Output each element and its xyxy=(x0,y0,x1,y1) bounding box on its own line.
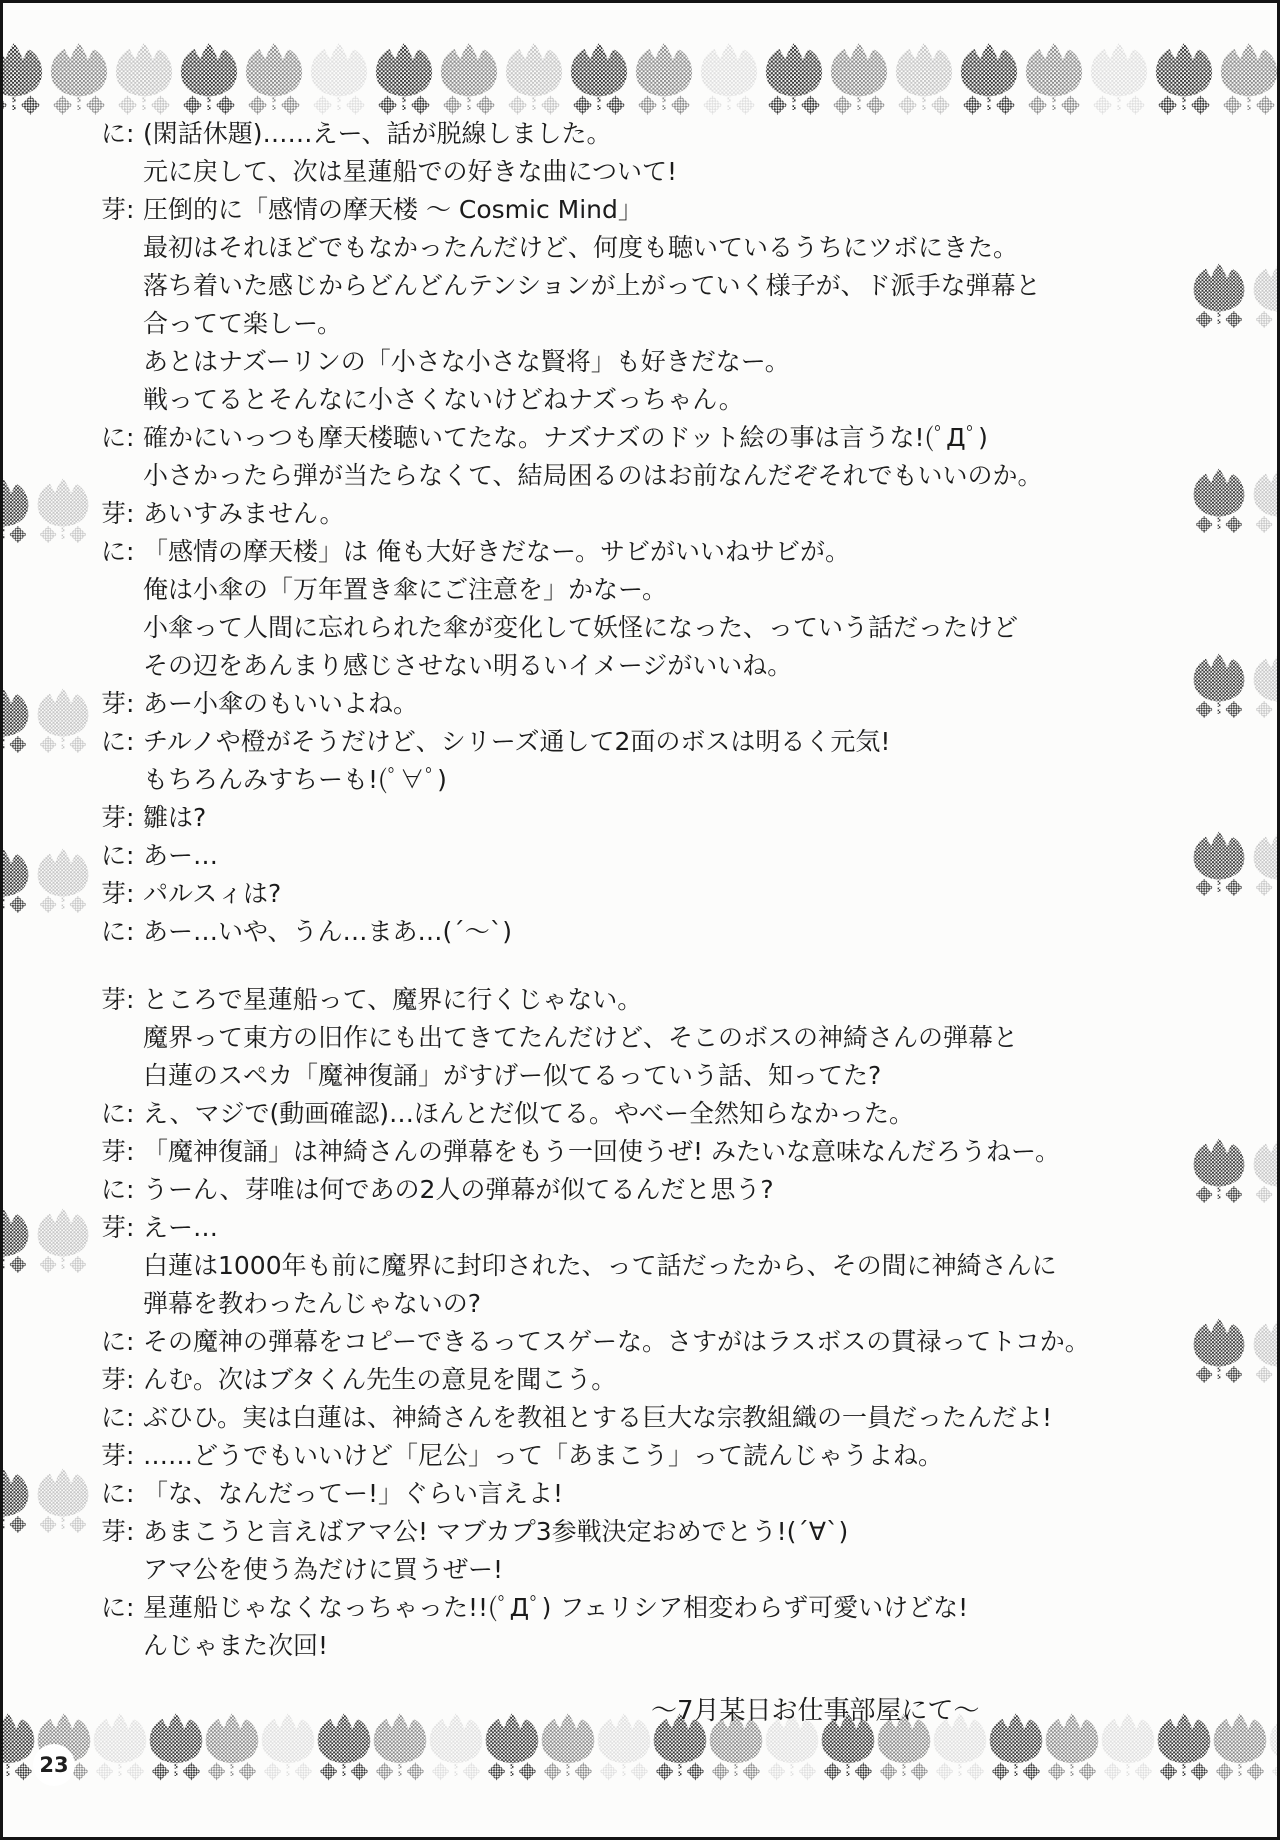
dialogue-text: その魔神の弾幕をコピーできるってスゲーな。さすがはラスボスの貫禄ってトコか。 xyxy=(143,1323,1090,1361)
dialogue-line: 芽:あー小傘のもいいよね。 xyxy=(101,685,1211,723)
tulip-icon xyxy=(206,1713,259,1780)
tulip-icon xyxy=(1270,1713,1280,1780)
tulip-icon xyxy=(896,43,952,115)
speaker-label: に: xyxy=(101,419,143,457)
tulip-edge-decoration xyxy=(0,683,99,763)
dialogue-line: 魔界って東方の旧作にも出てきてたんだけど、そこのボスの神綺さんの弾幕と xyxy=(101,1019,1211,1057)
speaker-label: に: xyxy=(101,723,143,761)
tulip-icon xyxy=(51,43,107,115)
dialogue-line: その辺をあんまり感じさせない明るいイメージがいいね。 xyxy=(101,647,1211,685)
dialogue-line: 俺は小傘の「万年置き傘にご注意を」かなー。 xyxy=(101,571,1211,609)
dialogue-line: に:あー… xyxy=(101,837,1211,875)
tulip-edge-decoration xyxy=(0,1463,99,1543)
tulip-icon xyxy=(1254,654,1280,719)
tulip-icon xyxy=(38,849,89,914)
tulip-icon xyxy=(246,43,302,115)
tulip-pair-svg xyxy=(0,473,99,553)
dialogue-line: んじゃまた次回! xyxy=(101,1627,1211,1665)
speaker-label: 芽: xyxy=(101,981,143,1019)
dialogue-line: 最初はそれほどでもなかったんだけど、何度も聴いているうちにツボにきた。 xyxy=(101,229,1211,267)
speaker-label xyxy=(101,305,143,343)
speaker-label: に: xyxy=(101,533,143,571)
tulip-icon xyxy=(94,1713,147,1780)
dialogue-text: 小傘って人間に忘れられた傘が変化して妖怪になった、っていう話だったけど xyxy=(143,609,1018,647)
speaker-label: 芽: xyxy=(101,685,143,723)
dialogue-text: んじゃまた次回! xyxy=(143,1627,328,1665)
speaker-label xyxy=(101,457,143,495)
dialogue-text: 雛は? xyxy=(143,799,206,837)
tulip-icon xyxy=(598,1713,651,1780)
tulip-icon xyxy=(1254,1139,1280,1204)
dialogue-line: 芽:……どうでもいいけど「尼公」って「あまこう」って読んじゃうよね。 xyxy=(101,1437,1211,1475)
speaker-label: 芽: xyxy=(101,1437,143,1475)
speaker-label: に: xyxy=(101,1589,143,1627)
dialogue-line: もちろんみすちーも!(ﾟ∀ﾟ) xyxy=(101,761,1211,799)
dialogue-text: (閑話休題)……えー、話が脱線しました。 xyxy=(143,115,612,153)
dialogue-text: 「感情の摩天楼」は 俺も大好きだなー。サビがいいねサビが。 xyxy=(143,533,850,571)
speaker-label xyxy=(101,381,143,419)
speaker-label: に: xyxy=(101,837,143,875)
speaker-label: 芽: xyxy=(101,1513,143,1551)
tulip-icon xyxy=(1156,43,1212,115)
dialogue-line: に:ぶひひ。実は白蓮は、神綺さんを教祖とする巨大な宗教組織の一員だったんだよ! xyxy=(101,1399,1211,1437)
dialogue-line: 戦ってるとそんなに小さくないけどねナズっちゃん。 xyxy=(101,381,1211,419)
speaker-label: 芽: xyxy=(101,495,143,533)
dialogue-text: その辺をあんまり感じさせない明るいイメージがいいね。 xyxy=(143,647,792,685)
dialogue-line: 合ってて楽しー。 xyxy=(101,305,1211,343)
tulip-icon xyxy=(311,43,367,115)
dialogue-line: に:(閑話休題)……えー、話が脱線しました。 xyxy=(101,115,1211,153)
speaker-label xyxy=(101,267,143,305)
tulip-icon xyxy=(486,1713,539,1780)
speaker-label: に: xyxy=(101,1475,143,1513)
tulip-icon xyxy=(181,43,237,115)
dialogue-line: に:星蓮船じゃなくなっちゃった!!(ﾟДﾟ) フェリシア相変わらず可愛いけどな! xyxy=(101,1589,1211,1627)
tulip-icon xyxy=(3,1713,34,1780)
tulip-icon xyxy=(990,1713,1043,1780)
tulip-icon xyxy=(262,1713,315,1780)
speaker-label xyxy=(101,609,143,647)
speaker-label: に: xyxy=(101,1095,143,1133)
speaker-label: 芽: xyxy=(101,191,143,229)
speaker-label xyxy=(101,1627,143,1665)
tulip-pair-svg xyxy=(0,683,99,763)
dialogue-text: あー…いや、うん…まあ…(´～`) xyxy=(143,913,512,951)
dialogue-line: 小さかったら弾が当たらなくて、結局困るのはお前なんだぞそれでもいいのか。 xyxy=(101,457,1211,495)
speaker-label: に: xyxy=(101,115,143,153)
dialogue-line: 芽:圧倒的に「感情の摩天楼 ～ Cosmic Mind」 xyxy=(101,191,1211,229)
dialogue-line: に:「な、なんだってー!」ぐらい言えよ! xyxy=(101,1475,1211,1513)
tulip-icon xyxy=(636,43,692,115)
dialogue-text: え、マジで(動画確認)…ほんとだ似てる。やべー全然知らなかった。 xyxy=(143,1095,914,1133)
dialogue-text: 「な、なんだってー!」ぐらい言えよ! xyxy=(143,1475,563,1513)
dialogue-text: 弾幕を教わったんじゃないの? xyxy=(143,1285,481,1323)
tulip-icon xyxy=(1091,43,1147,115)
tulip-icon xyxy=(374,1713,427,1780)
dialogue-text: 白蓮のスペカ「魔神復誦」がすげー似てるっていう話、知ってた? xyxy=(143,1057,881,1095)
tulip-icon xyxy=(1254,832,1280,897)
speaker-label xyxy=(101,1285,143,1323)
speaker-label xyxy=(101,343,143,381)
speaker-label: に: xyxy=(101,1323,143,1361)
speaker-label: に: xyxy=(101,1171,143,1209)
dialogue-line: に:その魔神の弾幕をコピーできるってスゲーな。さすがはラスボスの貫禄ってトコか。 xyxy=(101,1323,1211,1361)
tulip-icon xyxy=(1214,1713,1267,1780)
dialogue-text: ぶひひ。実は白蓮は、神綺さんを教祖とする巨大な宗教組織の一員だったんだよ! xyxy=(143,1399,1052,1437)
dialogue-line: 芽:んむ。次はブタくん先生の意見を聞こう。 xyxy=(101,1361,1211,1399)
dialogue-text: あまこうと言えばアマ公! マブカプ3参戦決定おめでとう!(´∀`) xyxy=(143,1513,848,1551)
dialogue-line: 元に戻して、次は星蓮船での好きな曲について! xyxy=(101,153,1211,191)
tulip-icon xyxy=(1221,43,1277,115)
dialogue-text: パルスィは? xyxy=(143,875,281,913)
dialogue-text: んむ。次はブタくん先生の意見を聞こう。 xyxy=(143,1361,616,1399)
tulip-icon xyxy=(0,689,28,754)
tulip-icon xyxy=(318,1713,371,1780)
dialogue-text: 最初はそれほどでもなかったんだけど、何度も聴いているうちにツボにきた。 xyxy=(143,229,1018,267)
speaker-label: 芽: xyxy=(101,1209,143,1247)
speaker-label: 芽: xyxy=(101,1361,143,1399)
dialogue-line: に:え、マジで(動画確認)…ほんとだ似てる。やべー全然知らなかった。 xyxy=(101,1095,1211,1133)
dialogue-text: あー… xyxy=(143,837,218,875)
dialogue-text: ……どうでもいいけど「尼公」って「あまこう」って読んじゃうよね。 xyxy=(143,1437,943,1475)
tulip-icon xyxy=(116,43,172,115)
dialogue-line: に:確かにいっつも摩天楼聴いてたな。ナズナズのドット絵の事は言うな!(ﾟДﾟ) xyxy=(101,419,1211,457)
tulip-icon xyxy=(1026,43,1082,115)
speaker-label: 芽: xyxy=(101,1133,143,1171)
speaker-label xyxy=(101,153,143,191)
tulip-icon xyxy=(701,43,757,115)
dialogue-text: 小さかったら弾が当たらなくて、結局困るのはお前なんだぞそれでもいいのか。 xyxy=(143,457,1043,495)
dialogue-text: 俺は小傘の「万年置き傘にご注意を」かなー。 xyxy=(143,571,667,609)
dialogue-text: あいすみません。 xyxy=(143,495,345,533)
speaker-label xyxy=(101,647,143,685)
dialogue-text: チルノや橙がそうだけど、シリーズ通して2面のボスは明るく元気! xyxy=(143,723,890,761)
dialogue-text: もちろんみすちーも!(ﾟ∀ﾟ) xyxy=(143,761,447,799)
dialogue: に:(閑話休題)……えー、話が脱線しました。元に戻して、次は星蓮船での好きな曲に… xyxy=(101,115,1211,1665)
tulip-icon xyxy=(441,43,497,115)
dialogue-text: ところで星蓮船って、魔界に行くじゃない。 xyxy=(143,981,642,1019)
dialogue-text: 圧倒的に「感情の摩天楼 ～ Cosmic Mind」 xyxy=(143,191,643,229)
page-number: 23 xyxy=(33,1744,75,1786)
dialogue-gap xyxy=(101,951,1211,981)
dialogue-line: 芽:パルスィは? xyxy=(101,875,1211,913)
tulip-pair-svg xyxy=(0,1463,99,1543)
tulip-icon xyxy=(1102,1713,1155,1780)
tulip-icon xyxy=(766,43,822,115)
speaker-label xyxy=(101,761,143,799)
tulip-icon xyxy=(1254,469,1280,534)
dialogue-line: 芽:ところで星蓮船って、魔界に行くじゃない。 xyxy=(101,981,1211,1019)
tulip-icon xyxy=(38,689,89,754)
speaker-label xyxy=(101,571,143,609)
tulip-icon xyxy=(506,43,562,115)
dialogue-text: 戦ってるとそんなに小さくないけどねナズっちゃん。 xyxy=(143,381,744,419)
speaker-label xyxy=(101,229,143,267)
dialogue-text: 元に戻して、次は星蓮船での好きな曲について! xyxy=(143,153,677,191)
tulip-icon xyxy=(1254,1319,1280,1384)
tulip-icon xyxy=(542,1713,595,1780)
speaker-label xyxy=(101,1551,143,1589)
dialogue-line: 芽:「魔神復誦」は神綺さんの弾幕をもう一回使うぜ! みたいな意味なんだろうねー。 xyxy=(101,1133,1211,1171)
tulip-icon xyxy=(0,1469,28,1534)
tulip-edge-decoration xyxy=(0,843,99,923)
dialogue-line: 白蓮は1000年も前に魔界に封印された、って話だったから、その間に神綺さんに xyxy=(101,1247,1211,1285)
dialogue-line: 落ち着いた感じからどんどんテンションが上がっていく様子が、ド派手な弾幕と xyxy=(101,267,1211,305)
tulip-row-svg xyxy=(3,1707,1280,1791)
speaker-label xyxy=(101,1019,143,1057)
tulip-icon xyxy=(150,1713,203,1780)
tulip-icon xyxy=(571,43,627,115)
tulip-icon xyxy=(38,1209,89,1274)
dialogue-text: 合ってて楽しー。 xyxy=(143,305,342,343)
dialogue-line: アマ公を使う為だけに買うぜー! xyxy=(101,1551,1211,1589)
tulip-pair-svg xyxy=(0,1203,99,1283)
speaker-label: に: xyxy=(101,1399,143,1437)
dialogue-line: 小傘って人間に忘れられた傘が変化して妖怪になった、っていう話だったけど xyxy=(101,609,1211,647)
dialogue-line: 芽:あまこうと言えばアマ公! マブカプ3参戦決定おめでとう!(´∀`) xyxy=(101,1513,1211,1551)
tulip-edge-decoration xyxy=(0,1203,99,1283)
dialogue-line: に:あー…いや、うん…まあ…(´～`) xyxy=(101,913,1211,951)
dialogue-line: に:うーん、芽唯は何であの2人の弾幕が似てるんだと思う? xyxy=(101,1171,1211,1209)
speaker-label xyxy=(101,1057,143,1095)
dialogue-text: あとはナズーリンの「小さな小さな賢将」も好きだなー。 xyxy=(143,343,790,381)
tulip-icon xyxy=(0,849,28,914)
dialogue-line: 芽:あいすみません。 xyxy=(101,495,1211,533)
tulip-icon xyxy=(38,1469,89,1534)
tulip-edge-decoration xyxy=(0,473,99,553)
speaker-label xyxy=(101,1247,143,1285)
tulip-border-bottom xyxy=(3,1707,1280,1817)
dialogue-text: 星蓮船じゃなくなっちゃった!!(ﾟДﾟ) フェリシア相変わらず可愛いけどな! xyxy=(143,1589,968,1627)
dialogue-line: 弾幕を教わったんじゃないの? xyxy=(101,1285,1211,1323)
dialogue-line: 芽:えー… xyxy=(101,1209,1211,1247)
speaker-label: 芽: xyxy=(101,799,143,837)
closing-note: ～7月某日お仕事部屋にて～ xyxy=(651,1695,980,1727)
tulip-icon xyxy=(376,43,432,115)
tulip-row-svg xyxy=(3,37,1280,125)
tulip-icon xyxy=(0,479,28,544)
dialogue-line: に:「感情の摩天楼」は 俺も大好きだなー。サビがいいねサビが。 xyxy=(101,533,1211,571)
tulip-icon xyxy=(38,479,89,544)
speaker-label: に: xyxy=(101,913,143,951)
tulip-icon xyxy=(430,1713,483,1780)
tulip-icon xyxy=(831,43,887,115)
dialogue-text: うーん、芽唯は何であの2人の弾幕が似てるんだと思う? xyxy=(143,1171,774,1209)
dialogue-text: えー… xyxy=(143,1209,218,1247)
tulip-icon xyxy=(0,1209,28,1274)
dialogue-line: 白蓮のスペカ「魔神復誦」がすげー似てるっていう話、知ってた? xyxy=(101,1057,1211,1095)
dialogue-text: 落ち着いた感じからどんどんテンションが上がっていく様子が、ド派手な弾幕と xyxy=(143,267,1041,305)
tulip-icon xyxy=(1158,1713,1211,1780)
tulip-icon xyxy=(1046,1713,1099,1780)
speaker-label: 芽: xyxy=(101,875,143,913)
tulip-pair-svg xyxy=(0,843,99,923)
dialogue-text: あー小傘のもいいよね。 xyxy=(143,685,418,723)
tulip-icon xyxy=(961,43,1017,115)
dialogue-line: 芽:雛は? xyxy=(101,799,1211,837)
dialogue-text: 魔界って東方の旧作にも出てきてたんだけど、そこのボスの神綺さんの弾幕と xyxy=(143,1019,1018,1057)
dialogue-text: 白蓮は1000年も前に魔界に封印された、って話だったから、その間に神綺さんに xyxy=(143,1247,1057,1285)
tulip-icon xyxy=(3,43,42,115)
tulip-icon xyxy=(1254,264,1280,329)
scanned-page: に:(閑話休題)……えー、話が脱線しました。元に戻して、次は星蓮船での好きな曲に… xyxy=(0,0,1280,1840)
dialogue-line: あとはナズーリンの「小さな小さな賢将」も好きだなー。 xyxy=(101,343,1211,381)
dialogue-text: 確かにいっつも摩天楼聴いてたな。ナズナズのドット絵の事は言うな!(ﾟДﾟ) xyxy=(143,419,988,457)
dialogue-text: アマ公を使う為だけに買うぜー! xyxy=(143,1551,503,1589)
dialogue-line: に:チルノや橙がそうだけど、シリーズ通して2面のボスは明るく元気! xyxy=(101,723,1211,761)
dialogue-text: 「魔神復誦」は神綺さんの弾幕をもう一回使うぜ! みたいな意味なんだろうねー。 xyxy=(143,1133,1060,1171)
